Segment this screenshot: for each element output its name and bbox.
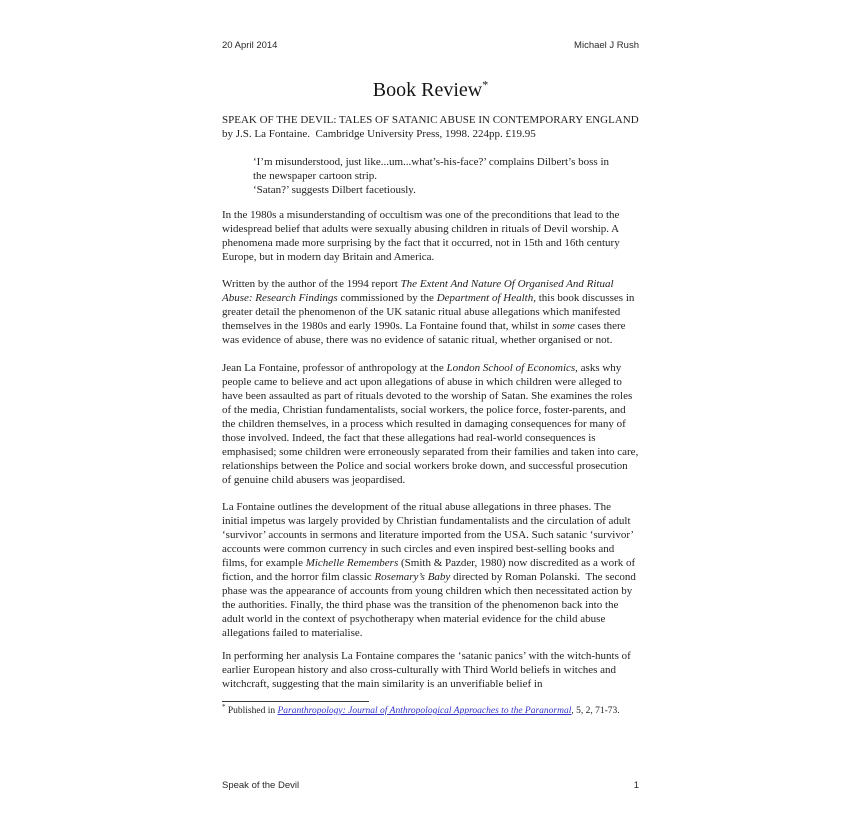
quote-line: ‘Satan?’ suggests Dilbert facetiously. xyxy=(253,183,619,197)
page-footer: Speak of the Devil 1 xyxy=(222,780,639,792)
footnote-separator xyxy=(222,701,369,702)
text-run: , 5, 2, 71-73. xyxy=(571,706,619,716)
text-run: Written by the author of the 1994 report xyxy=(222,278,401,290)
text-run: In performing her analysis La Fontaine c… xyxy=(222,650,634,690)
italic-text-run: some xyxy=(552,320,575,332)
italic-text-run: Rosemary’s Baby xyxy=(374,571,450,583)
text-run: , asks why people came to believe and ac… xyxy=(222,362,641,486)
italic-text-run: London School of Economics xyxy=(447,362,576,374)
title-footnote-marker: * xyxy=(482,77,488,91)
footer-page-number: 1 xyxy=(634,780,639,792)
page-content: 20 April 2014 Michael J Rush Book Review… xyxy=(222,0,639,718)
header-author: Michael J Rush xyxy=(574,40,639,52)
italic-text-run: Department of Health xyxy=(437,292,534,304)
footnote: * Published in Paranthropology: Journal … xyxy=(222,705,639,718)
body-paragraph: In the 1980s a misunderstanding of occul… xyxy=(222,208,639,264)
text-run: commissioned by the xyxy=(338,292,437,304)
body-paragraph: Jean La Fontaine, professor of anthropol… xyxy=(222,361,639,487)
footnote-text: Published in Paranthropology: Journal of… xyxy=(226,706,620,716)
italic-text-run: Michelle Remembers xyxy=(306,557,399,569)
text-run: In the 1980s a misunderstanding of occul… xyxy=(222,209,622,263)
body-paragraph: La Fontaine outlines the development of … xyxy=(222,500,639,640)
footer-document-title: Speak of the Devil xyxy=(222,780,299,792)
header-date: 20 April 2014 xyxy=(222,40,277,52)
page-title: Book Review* xyxy=(222,78,639,102)
epigraph-quote: ‘I’m misunderstood, just like...um...wha… xyxy=(253,155,619,197)
footnote-journal-link[interactable]: Paranthropology: Journal of Anthropologi… xyxy=(278,706,572,716)
document-page: 20 April 2014 Michael J Rush Book Review… xyxy=(0,0,860,833)
quote-line: ‘I’m misunderstood, just like...um...wha… xyxy=(253,155,619,183)
body-paragraph: In performing her analysis La Fontaine c… xyxy=(222,649,639,691)
book-citation: SPEAK OF THE DEVIL: TALES OF SATANIC ABU… xyxy=(222,113,639,141)
title-text: Book Review xyxy=(373,79,482,101)
page-header: 20 April 2014 Michael J Rush xyxy=(222,40,639,52)
text-run: Jean La Fontaine, professor of anthropol… xyxy=(222,362,447,374)
text-run: Published in xyxy=(226,706,278,716)
body-paragraph: Written by the author of the 1994 report… xyxy=(222,277,639,347)
